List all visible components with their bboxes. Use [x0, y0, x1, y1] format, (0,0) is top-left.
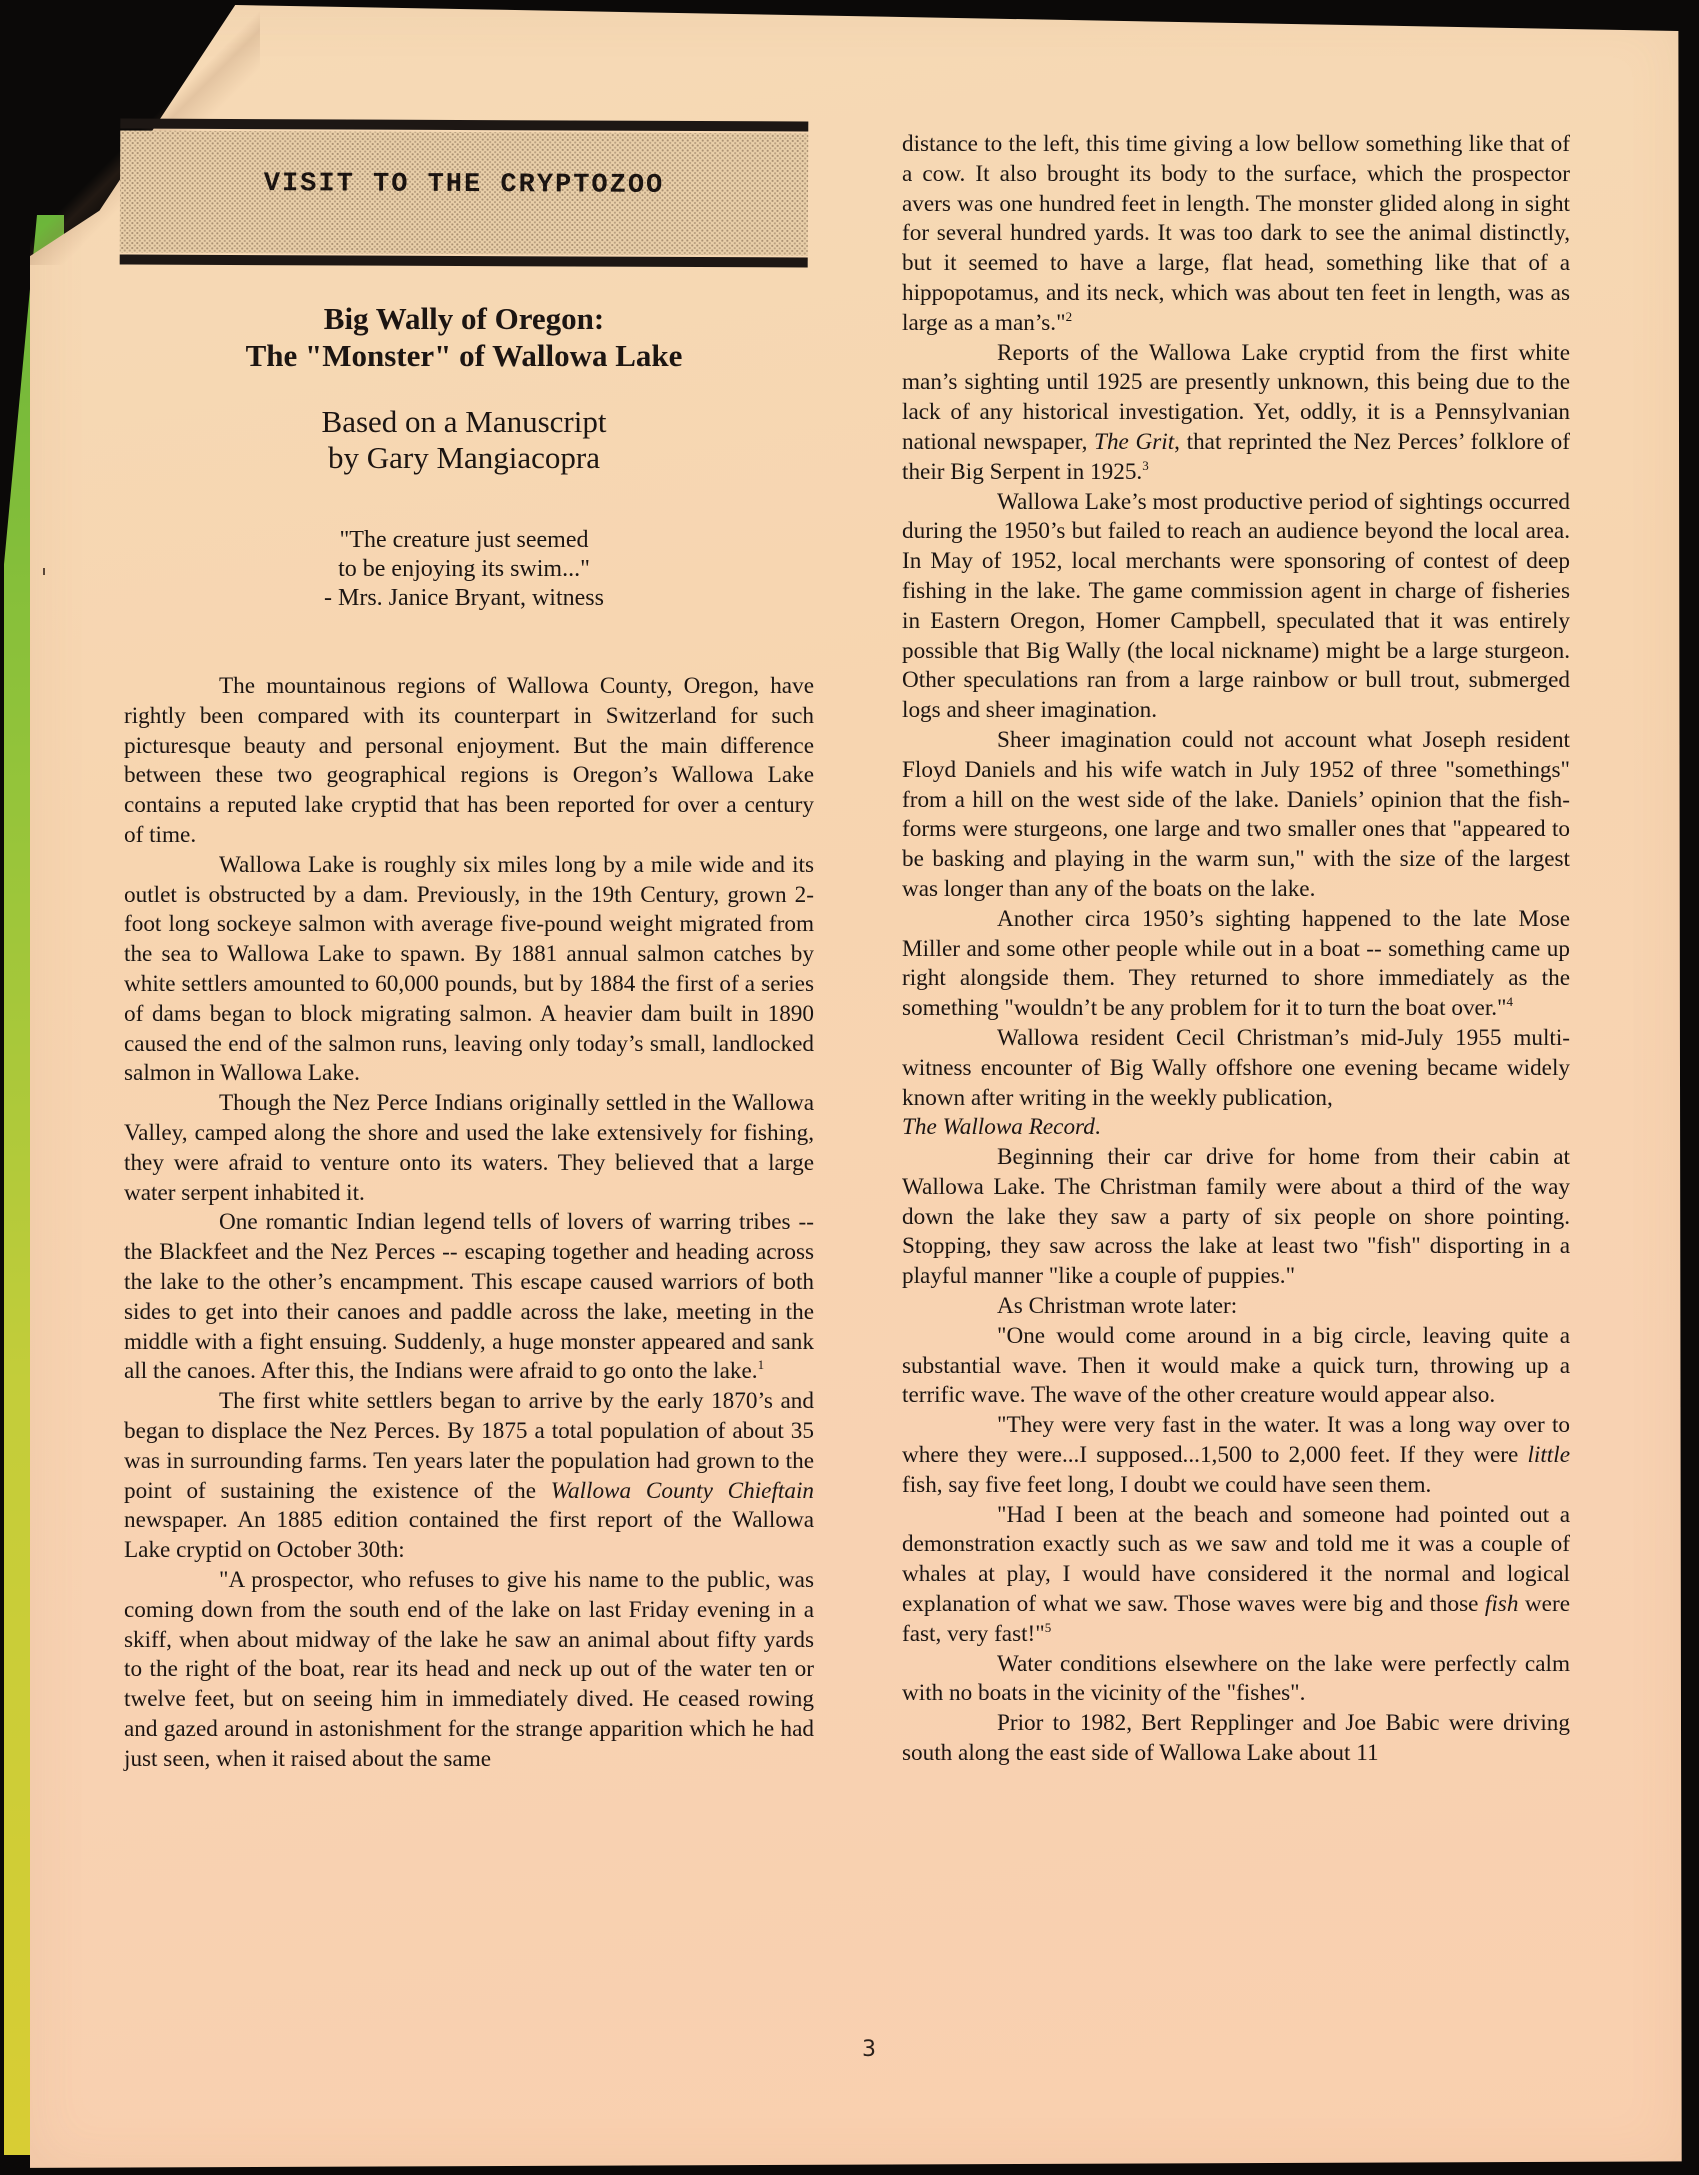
footnote-marker: 5 — [1045, 1620, 1052, 1635]
epigraph-quote: "The creature just seemed to be enjoying… — [120, 526, 808, 613]
quoted-paragraph: "Had I been at the beach and someone had… — [902, 1501, 1570, 1650]
paragraph: Another circa 1950’s sighting happened t… — [902, 905, 1570, 1024]
byline-line-2: by Gary Mangiacopra — [120, 440, 808, 476]
paragraph-text: Another circa 1950’s sighting happened t… — [902, 906, 1570, 1021]
publication-title: The Wallowa Record — [902, 1114, 1095, 1140]
newspaper-title: The Grit — [1094, 429, 1174, 455]
footnote-marker: 3 — [1142, 458, 1149, 473]
paragraph: Reports of the Wallowa Lake cryptid from… — [902, 339, 1570, 488]
footnote-marker: 4 — [1507, 994, 1514, 1009]
page-number: 3 — [862, 2037, 876, 2062]
emphasis: fish — [1485, 1591, 1519, 1617]
paragraph: Prior to 1982, Bert Repplinger and Joe B… — [902, 1709, 1570, 1769]
paragraph: Wallowa Lake is roughly six miles long b… — [124, 851, 814, 1089]
headline-line-2: The "Monster" of Wallowa Lake — [120, 337, 808, 374]
footnote-marker: 1 — [758, 1357, 765, 1372]
paragraph-text: distance to the left, this time giving a… — [902, 131, 1570, 336]
section-banner-label: VISIT TO THE CRYPTOZOO — [120, 168, 808, 201]
paragraph: The mountainous regions of Wallowa Count… — [124, 672, 814, 851]
banner-top-rule — [120, 118, 808, 131]
paragraph: Beginning their car drive for home from … — [902, 1143, 1570, 1292]
epigraph-attribution: - Mrs. Janice Bryant, witness — [120, 584, 808, 613]
article-title-block: Big Wally of Oregon: The "Monster" of Wa… — [120, 300, 808, 613]
paragraph: One romantic Indian legend tells of love… — [124, 1208, 814, 1387]
emphasis: little — [1527, 1442, 1570, 1468]
quoted-paragraph: "They were very fast in the water. It wa… — [902, 1411, 1570, 1500]
paragraph: Sheer imagination could not account what… — [902, 726, 1570, 905]
paragraph-text: "Had I been at the beach and someone had… — [902, 1502, 1570, 1617]
paragraph: Though the Nez Perce Indians originally … — [124, 1089, 814, 1208]
quoted-paragraph: "One would come around in a big circle, … — [902, 1322, 1570, 1411]
paragraph: Wallowa Lake’s most productive period of… — [902, 488, 1570, 726]
headline-line-1: Big Wally of Oregon: — [120, 300, 808, 337]
paragraph-text: newspaper. An 1885 edition contained the… — [124, 1507, 814, 1563]
paragraph: Water conditions elsewhere on the lake w… — [902, 1650, 1570, 1710]
paragraph-text: One romantic Indian legend tells of love… — [124, 1209, 814, 1384]
continued-paragraph: distance to the left, this time giving a… — [902, 130, 1570, 339]
section-banner: VISIT TO THE CRYPTOZOO — [120, 118, 809, 267]
paragraph: Wallowa resident Cecil Christman’s mid-J… — [902, 1024, 1570, 1143]
paragraph-text: Wallowa resident Cecil Christman’s mid-J… — [902, 1025, 1570, 1111]
paragraph: As Christman wrote later: — [902, 1292, 1570, 1322]
epigraph-line-1: "The creature just seemed — [120, 526, 808, 555]
paragraph-text: "They were very fast in the water. It wa… — [902, 1412, 1570, 1468]
footnote-marker: 2 — [1066, 309, 1073, 324]
newspaper-title: Wallowa County Chieftain — [551, 1478, 814, 1504]
article-byline: Based on a Manuscript by Gary Mangiacopr… — [120, 404, 808, 476]
paragraph-text: fish, say five feet long, I doubt we cou… — [902, 1472, 1431, 1498]
right-column: distance to the left, this time giving a… — [902, 130, 1570, 1769]
byline-line-1: Based on a Manuscript — [120, 404, 808, 440]
paragraph: The first white settlers began to arrive… — [124, 1387, 814, 1566]
left-column: The mountainous regions of Wallowa Count… — [124, 672, 814, 1774]
quoted-paragraph: "A prospector, who refuses to give his n… — [124, 1566, 814, 1775]
epigraph-line-2: to be enjoying its swim..." — [120, 555, 808, 584]
stray-ink-mark — [43, 568, 45, 575]
article-headline: Big Wally of Oregon: The "Monster" of Wa… — [120, 300, 808, 374]
paragraph-text: . — [1095, 1114, 1101, 1140]
